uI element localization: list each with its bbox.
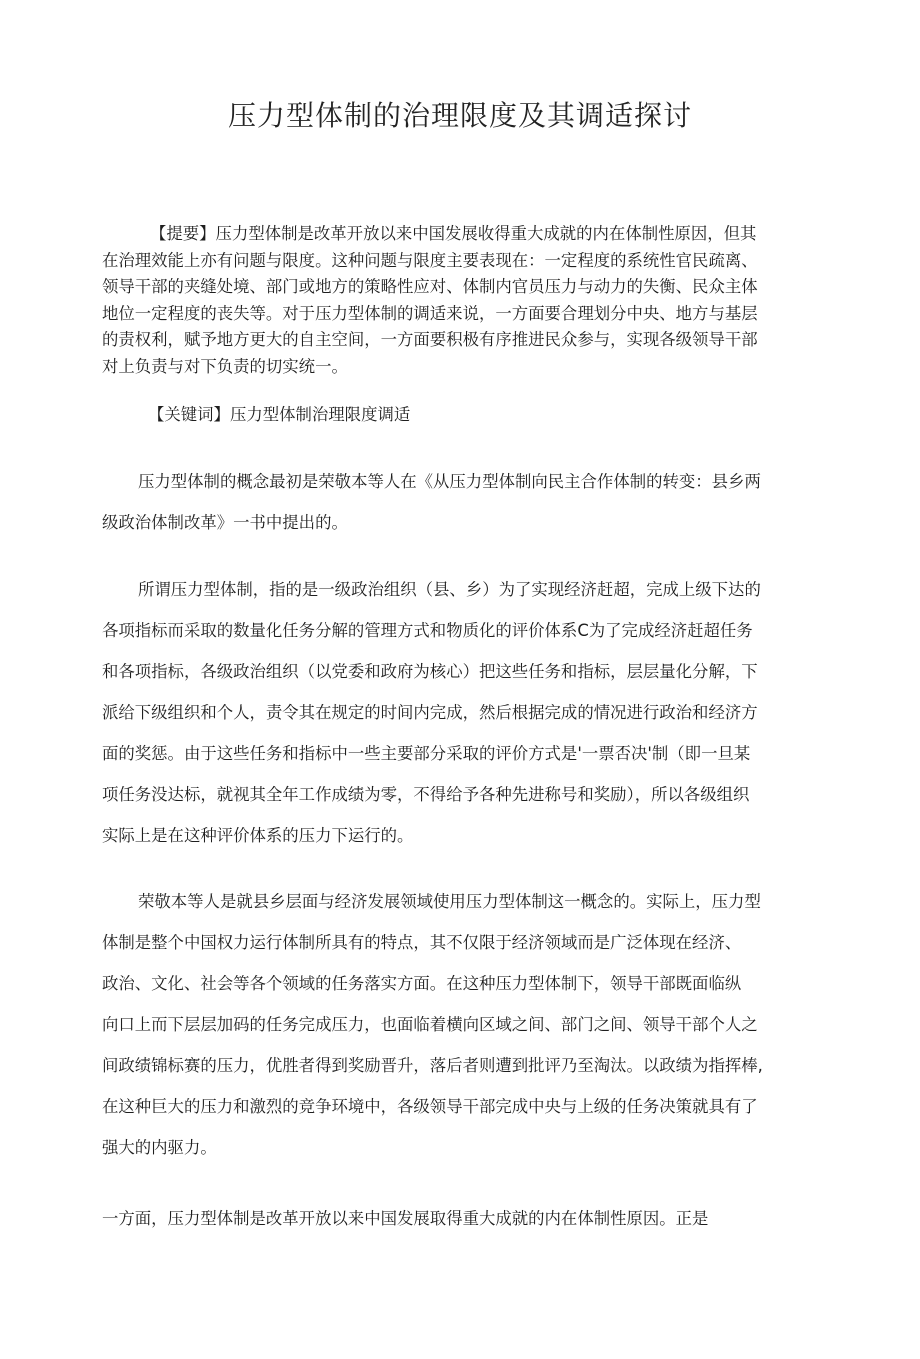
- paragraph-line: 在这种巨大的压力和激烈的竞争环境中，各级领导干部完成中央与上级的任务决策就具有了: [102, 1086, 792, 1127]
- paragraph-line: 派给下级组织和个人，责令其在规定的时间内完成，然后根据完成的情况进行政治和经济方: [102, 692, 792, 733]
- paragraph-line: 体制是整个中国权力运行体制所具有的特点，其不仅限于经济领域而是广泛体现在经济、: [102, 922, 792, 963]
- keywords: 【关键词】压力型体制治理限度调适: [148, 402, 838, 428]
- paragraph-1: 压力型体制的概念最初是荣敬本等人在《从压力型体制向民主合作体制的转变：县乡两 级…: [102, 461, 792, 543]
- paragraph-line: 项任务没达标，就视其全年工作成绩为零，不得给予各种先进称号和奖励），所以各级组织: [102, 774, 792, 815]
- paragraph-3: 荣敬本等人是就县乡层面与经济发展领域使用压力型体制这一概念的。实际上，压力型 体…: [102, 881, 792, 1168]
- abstract-line: 对上负责与对下负责的切实统一。: [102, 354, 792, 381]
- abstract-line: 【提要】压力型体制是改革开放以来中国发展收得重大成就的内在体制性原因，但其: [102, 221, 792, 248]
- paragraph-line: 实际上是在这种评价体系的压力下运行的。: [102, 815, 792, 856]
- paragraph-line: 间政绩锦标赛的压力，优胜者得到奖励晋升，落后者则遭到批评乃至淘汰。以政绩为指挥棒…: [102, 1045, 792, 1086]
- paragraph-4: 一方面，压力型体制是改革开放以来中国发展取得重大成就的内在体制性原因。正是: [102, 1198, 792, 1239]
- paragraph-2: 所谓压力型体制，指的是一级政治组织（县、乡）为了实现经济赶超，完成上级下达的 各…: [102, 569, 792, 856]
- paragraph-line: 和各项指标，各级政治组织（以党委和政府为核心）把这些任务和指标，层层量化分解，下: [102, 651, 792, 692]
- paragraph-line: 各项指标而采取的数量化任务分解的管理方式和物质化的评价体系C为了完成经济赶超任务: [102, 610, 792, 651]
- paragraph-line: 向口上而下层层加码的任务完成压力，也面临着横向区域之间、部门之间、领导干部个人之: [102, 1004, 792, 1045]
- keywords-text: 【关键词】压力型体制治理限度调适: [148, 402, 838, 428]
- abstract-line: 的责权利，赋予地方更大的自主空间，一方面要积极有序推进民众参与，实现各级领导干部: [102, 327, 792, 354]
- paragraph-line: 所谓压力型体制，指的是一级政治组织（县、乡）为了实现经济赶超，完成上级下达的: [102, 569, 792, 610]
- paragraph-line: 政治、文化、社会等各个领域的任务落实方面。在这种压力型体制下，领导干部既面临纵: [102, 963, 792, 1004]
- abstract-line: 地位一定程度的丧失等。对于压力型体制的调适来说，一方面要合理划分中央、地方与基层: [102, 301, 792, 328]
- paragraph-line: 一方面，压力型体制是改革开放以来中国发展取得重大成就的内在体制性原因。正是: [102, 1198, 792, 1239]
- paragraph-line: 压力型体制的概念最初是荣敬本等人在《从压力型体制向民主合作体制的转变：县乡两: [102, 461, 792, 502]
- abstract-line: 领导干部的夹缝处境、部门或地方的策略性应对、体制内官员压力与动力的失衡、民众主体: [102, 274, 792, 301]
- document-title: 压力型体制的治理限度及其调适探讨: [0, 94, 920, 134]
- paragraph-line: 强大的内驱力。: [102, 1127, 792, 1168]
- abstract: 【提要】压力型体制是改革开放以来中国发展收得重大成就的内在体制性原因，但其 在治…: [102, 221, 792, 380]
- paragraph-line: 面的奖惩。由于这些任务和指标中一些主要部分采取的评价方式是'一票否决'制（即一旦…: [102, 733, 792, 774]
- abstract-line: 在治理效能上亦有问题与限度。这种问题与限度主要表现在：一定程度的系统性官民疏离、: [102, 248, 792, 275]
- paragraph-line: 荣敬本等人是就县乡层面与经济发展领域使用压力型体制这一概念的。实际上，压力型: [102, 881, 792, 922]
- paragraph-line: 级政治体制改革》一书中提出的。: [102, 502, 792, 543]
